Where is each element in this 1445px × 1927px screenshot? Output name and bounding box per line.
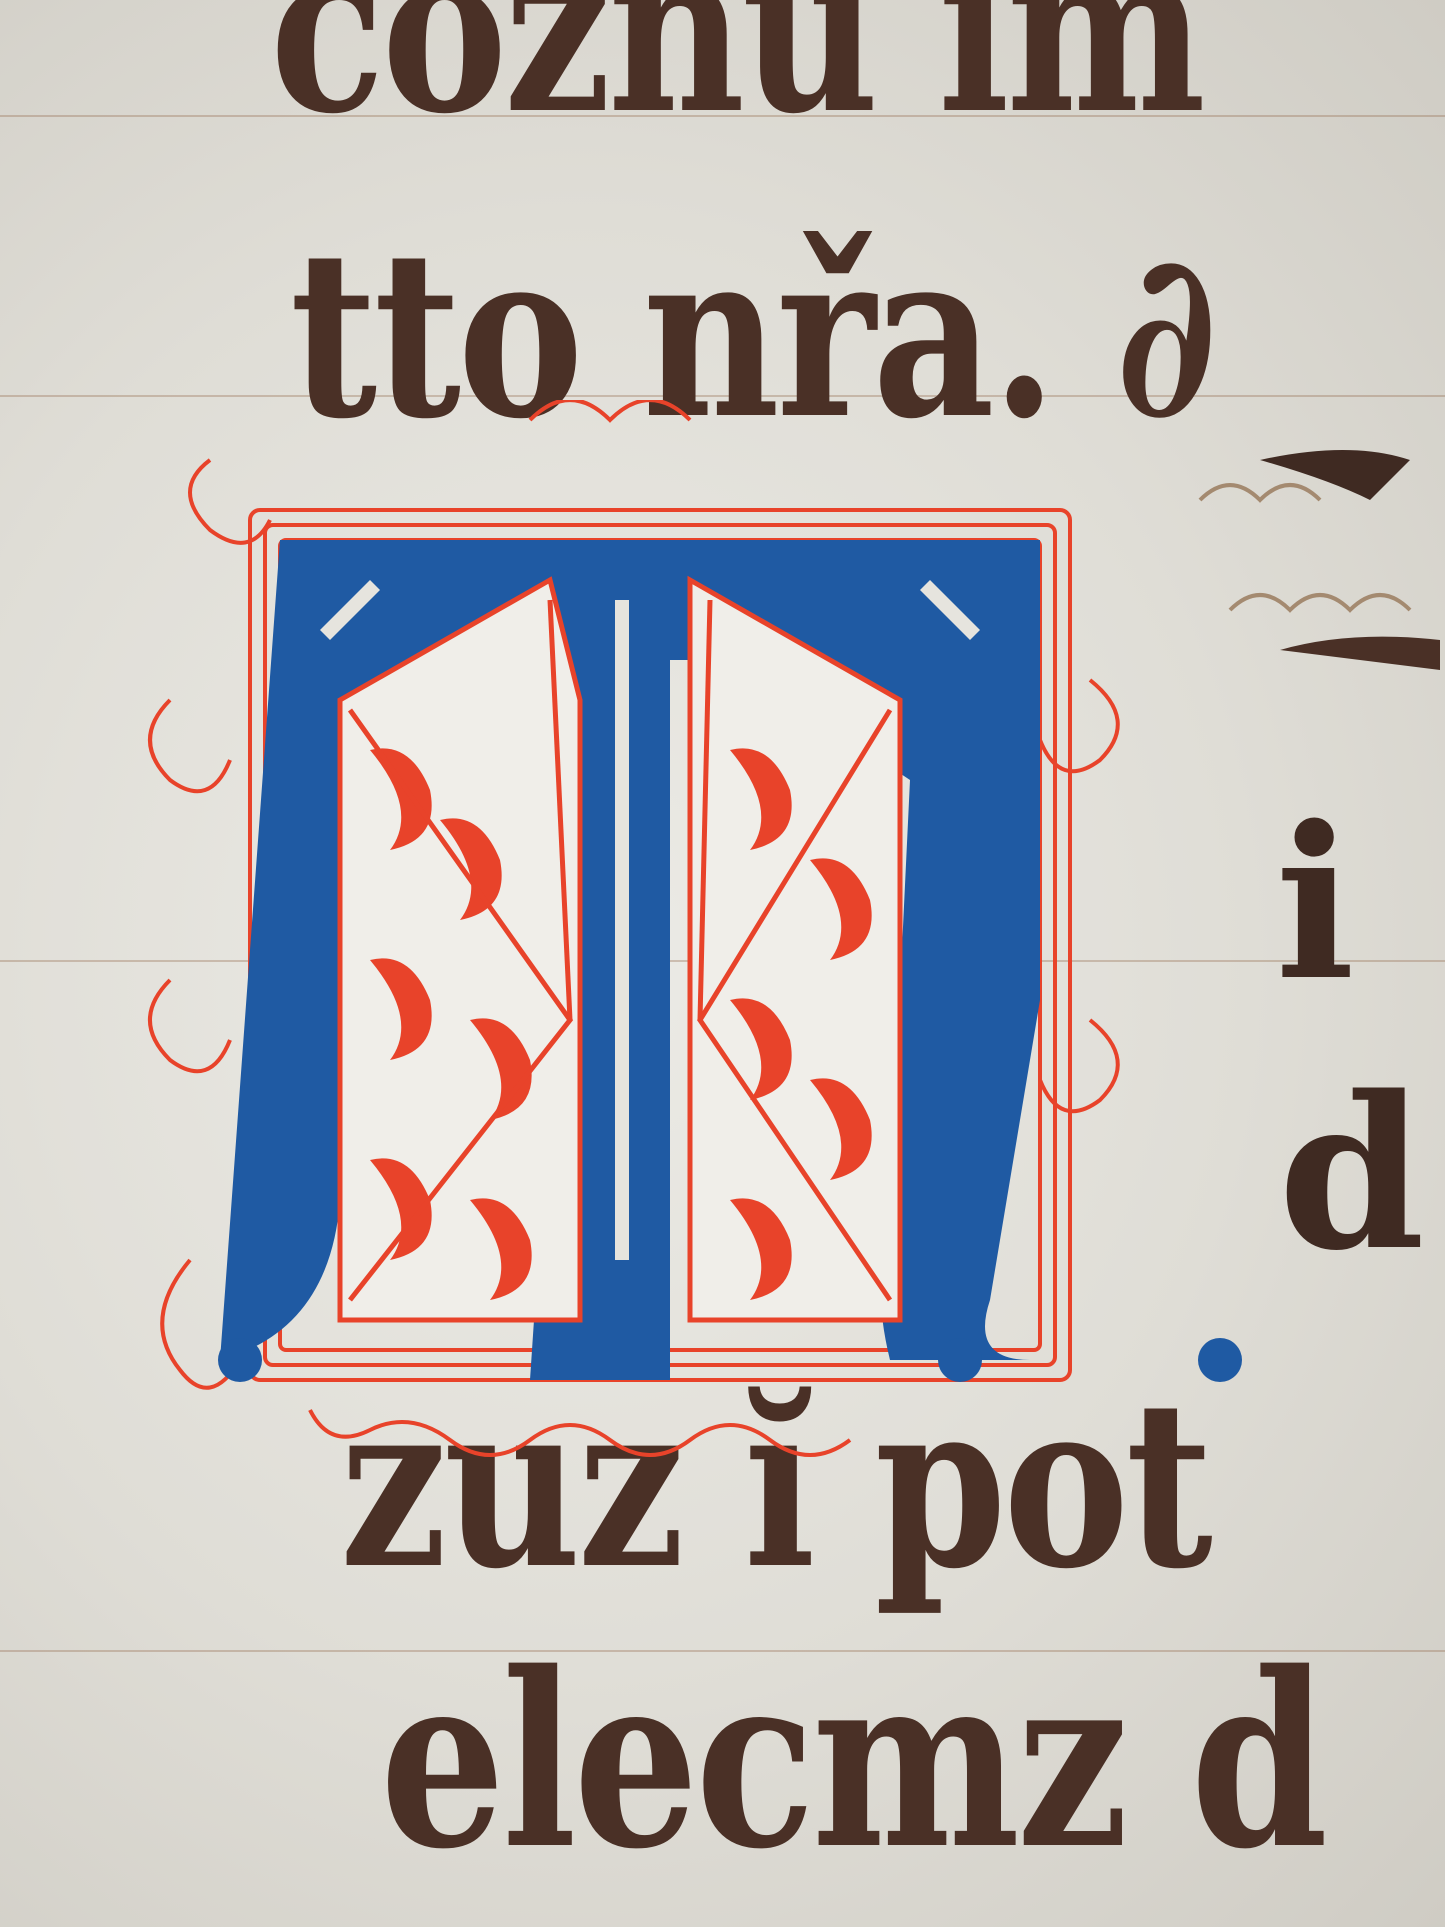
text-fragment-right-2: d <box>1278 1050 1425 1297</box>
text-line-4: elecmz d <box>380 1620 1325 1902</box>
illuminated-initial-t <box>110 400 1280 1460</box>
text-line-1: cozňů ĭm <box>270 0 1203 165</box>
text-fragment-right-1: i <box>1275 780 1355 1027</box>
manuscript-page: cozňů ĭm tto nřa. ∂ zuz ĭ pot elecmz d i… <box>0 0 1445 1927</box>
